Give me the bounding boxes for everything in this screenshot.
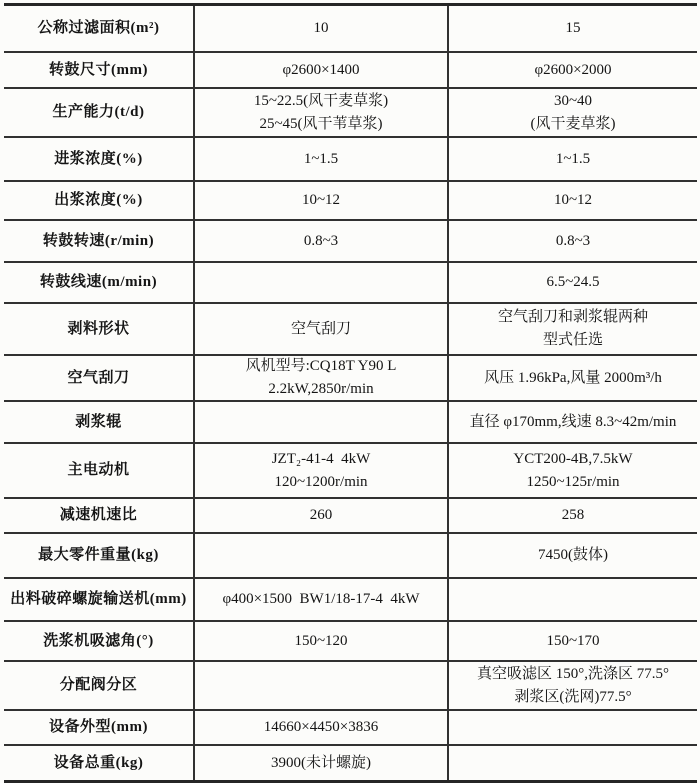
cell-model-10: 空气刮刀 bbox=[193, 304, 447, 354]
cell-value-line: 1~1.5 bbox=[304, 148, 338, 171]
cell-model-10: 14660×4450×3836 bbox=[193, 711, 447, 744]
row-label-cell: 减速机速比 bbox=[4, 499, 193, 532]
row-label-cell: 主电动机 bbox=[4, 444, 193, 497]
cell-model-10: 260 bbox=[193, 499, 447, 532]
cell-value-line: 风压 1.96kPa,风量 2000m³/h bbox=[484, 367, 662, 390]
row-label-text: 分配阀分区 bbox=[60, 674, 138, 697]
cell-model-15 bbox=[447, 746, 697, 780]
row-label-cell: 出料破碎螺旋输送机(mm) bbox=[4, 579, 193, 620]
row-label-cell: 转鼓尺寸(mm) bbox=[4, 53, 193, 87]
cell-model-10: 3900(未计螺旋) bbox=[193, 746, 447, 780]
cell-value-line: 10~12 bbox=[302, 189, 340, 212]
cell-value-line: 0.8~3 bbox=[556, 230, 590, 253]
table-row: 洗浆机吸滤角(°)150~120150~170 bbox=[4, 620, 697, 660]
row-label-text: 减速机速比 bbox=[60, 504, 138, 527]
row-label-cell: 剥料形状 bbox=[4, 304, 193, 354]
spec-table: 公称过滤面积(m²)1015转鼓尺寸(mm)φ2600×1400φ2600×20… bbox=[4, 3, 697, 783]
cell-value-line: 120~1200r/min bbox=[274, 471, 367, 494]
row-label-text: 空气刮刀 bbox=[67, 367, 129, 390]
row-label-cell: 出浆浓度(%) bbox=[4, 182, 193, 219]
row-label-text: 转鼓线速(m/min) bbox=[40, 271, 157, 294]
cell-value-line: 风机型号:CQ18T Y90 L bbox=[246, 356, 397, 378]
cell-model-10 bbox=[193, 662, 447, 709]
cell-value-line: 6.5~24.5 bbox=[546, 271, 599, 294]
table-row: 进浆浓度(%)1~1.51~1.5 bbox=[4, 136, 697, 180]
table-row: 转鼓转速(r/min)0.8~30.8~3 bbox=[4, 219, 697, 261]
table-row: 减速机速比260258 bbox=[4, 497, 697, 532]
cell-model-10 bbox=[193, 402, 447, 442]
row-label-cell: 最大零件重量(kg) bbox=[4, 534, 193, 577]
table-row: 生产能力(t/d)15~22.5(风干麦草浆)25~45(风干苇草浆)30~40… bbox=[4, 87, 697, 136]
cell-value-line: 3900(未计螺旋) bbox=[271, 752, 371, 775]
cell-value-line: 150~170 bbox=[546, 630, 599, 653]
cell-value-line: YCT200-4B,7.5kW bbox=[513, 448, 632, 471]
cell-model-15 bbox=[447, 579, 697, 620]
cell-value-line: 25~45(风干苇草浆) bbox=[259, 113, 382, 136]
row-label-cell: 生产能力(t/d) bbox=[4, 89, 193, 136]
row-label-cell: 公称过滤面积(m²) bbox=[4, 6, 193, 51]
cell-model-15: 150~170 bbox=[447, 622, 697, 660]
row-label-cell: 剥浆辊 bbox=[4, 402, 193, 442]
table-row: 公称过滤面积(m²)1015 bbox=[4, 6, 697, 51]
cell-model-15: φ2600×2000 bbox=[447, 53, 697, 87]
cell-value-line: 空气刮刀和剥浆辊两种 bbox=[498, 306, 648, 329]
cell-value-line: 2.2kW,2850r/min bbox=[268, 378, 373, 400]
row-label-text: 最大零件重量(kg) bbox=[38, 544, 159, 567]
cell-model-15: 真空吸滤区 150°,洗涤区 77.5°剥浆区(洗网)77.5° bbox=[447, 662, 697, 709]
cell-model-15: 0.8~3 bbox=[447, 221, 697, 261]
row-label-cell: 分配阀分区 bbox=[4, 662, 193, 709]
cell-model-10: 风机型号:CQ18T Y90 L2.2kW,2850r/min bbox=[193, 356, 447, 400]
cell-value-line: 型式任选 bbox=[543, 329, 603, 352]
row-label-cell: 进浆浓度(%) bbox=[4, 138, 193, 180]
row-label-cell: 转鼓线速(m/min) bbox=[4, 263, 193, 302]
cell-value-line: φ2600×1400 bbox=[282, 59, 359, 82]
table-row: 空气刮刀风机型号:CQ18T Y90 L2.2kW,2850r/min风压 1.… bbox=[4, 354, 697, 400]
cell-model-10: JZT₂-41-4 4kW120~1200r/min bbox=[193, 444, 447, 497]
cell-model-15: 258 bbox=[447, 499, 697, 532]
row-label-text: 出料破碎螺旋输送机(mm) bbox=[10, 588, 186, 611]
row-label-text: 剥料形状 bbox=[67, 318, 129, 341]
row-label-text: 出浆浓度(%) bbox=[54, 189, 143, 212]
cell-value-line: 14660×4450×3836 bbox=[264, 716, 378, 739]
cell-model-10: 150~120 bbox=[193, 622, 447, 660]
cell-value-line: 15 bbox=[566, 17, 581, 40]
table-row: 主电动机JZT₂-41-4 4kW120~1200r/minYCT200-4B,… bbox=[4, 442, 697, 497]
cell-value-line: 258 bbox=[562, 504, 585, 527]
row-label-text: 转鼓转速(r/min) bbox=[43, 230, 154, 253]
row-label-text: 主电动机 bbox=[67, 459, 129, 482]
cell-value-line: JZT₂-41-4 4kW bbox=[272, 448, 371, 471]
cell-model-10: 15~22.5(风干麦草浆)25~45(风干苇草浆) bbox=[193, 89, 447, 136]
table-row: 设备外型(mm)14660×4450×3836 bbox=[4, 709, 697, 744]
table-row: 出料破碎螺旋输送机(mm)φ400×1500 BW1/18-17-4 4kW bbox=[4, 577, 697, 620]
row-label-text: 生产能力(t/d) bbox=[53, 101, 145, 124]
cell-model-15: 10~12 bbox=[447, 182, 697, 219]
cell-model-10: 0.8~3 bbox=[193, 221, 447, 261]
cell-value-line: 30~40 bbox=[554, 90, 592, 113]
table-row: 分配阀分区真空吸滤区 150°,洗涤区 77.5°剥浆区(洗网)77.5° bbox=[4, 660, 697, 709]
cell-value-line: 260 bbox=[310, 504, 333, 527]
cell-value-line: 150~120 bbox=[294, 630, 347, 653]
cell-model-10 bbox=[193, 263, 447, 302]
cell-model-10: 10 bbox=[193, 6, 447, 51]
cell-model-10 bbox=[193, 534, 447, 577]
table-row: 转鼓线速(m/min)6.5~24.5 bbox=[4, 261, 697, 302]
row-label-text: 公称过滤面积(m²) bbox=[38, 17, 160, 40]
cell-model-10: φ400×1500 BW1/18-17-4 4kW bbox=[193, 579, 447, 620]
cell-model-15: 7450(鼓体) bbox=[447, 534, 697, 577]
cell-model-15 bbox=[447, 711, 697, 744]
cell-value-line: 7450(鼓体) bbox=[538, 544, 608, 567]
cell-value-line: φ2600×2000 bbox=[534, 59, 611, 82]
table-row: 最大零件重量(kg)7450(鼓体) bbox=[4, 532, 697, 577]
table-row: 剥浆辊直径 φ170mm,线速 8.3~42m/min bbox=[4, 400, 697, 442]
cell-model-15: 6.5~24.5 bbox=[447, 263, 697, 302]
cell-model-10: φ2600×1400 bbox=[193, 53, 447, 87]
row-label-cell: 设备总重(kg) bbox=[4, 746, 193, 780]
cell-model-10: 10~12 bbox=[193, 182, 447, 219]
cell-value-line: 15~22.5(风干麦草浆) bbox=[254, 90, 388, 113]
cell-model-15: 空气刮刀和剥浆辊两种型式任选 bbox=[447, 304, 697, 354]
cell-model-15: 1~1.5 bbox=[447, 138, 697, 180]
cell-model-15: 直径 φ170mm,线速 8.3~42m/min bbox=[447, 402, 697, 442]
cell-value-line: 真空吸滤区 150°,洗涤区 77.5° bbox=[477, 663, 669, 686]
row-label-cell: 洗浆机吸滤角(°) bbox=[4, 622, 193, 660]
row-label-cell: 转鼓转速(r/min) bbox=[4, 221, 193, 261]
cell-value-line: 1~1.5 bbox=[556, 148, 590, 171]
table-row: 设备总重(kg)3900(未计螺旋) bbox=[4, 744, 697, 780]
cell-model-10: 1~1.5 bbox=[193, 138, 447, 180]
cell-value-line: φ400×1500 BW1/18-17-4 4kW bbox=[222, 588, 419, 611]
row-label-text: 转鼓尺寸(mm) bbox=[49, 59, 148, 82]
cell-value-line: 直径 φ170mm,线速 8.3~42m/min bbox=[470, 411, 677, 434]
row-label-text: 设备外型(mm) bbox=[49, 716, 148, 739]
cell-value-line: 1250~125r/min bbox=[526, 471, 619, 494]
cell-model-15: YCT200-4B,7.5kW1250~125r/min bbox=[447, 444, 697, 497]
row-label-cell: 设备外型(mm) bbox=[4, 711, 193, 744]
cell-model-15: 15 bbox=[447, 6, 697, 51]
cell-value-line: 10~12 bbox=[554, 189, 592, 212]
row-label-cell: 空气刮刀 bbox=[4, 356, 193, 400]
row-label-text: 进浆浓度(%) bbox=[54, 148, 143, 171]
cell-value-line: 空气刮刀 bbox=[291, 318, 351, 341]
cell-value-line: (风干麦草浆) bbox=[531, 113, 616, 136]
table-row: 剥料形状空气刮刀空气刮刀和剥浆辊两种型式任选 bbox=[4, 302, 697, 354]
row-label-text: 设备总重(kg) bbox=[54, 752, 144, 775]
row-label-text: 剥浆辊 bbox=[75, 411, 122, 434]
row-label-text: 洗浆机吸滤角(°) bbox=[43, 630, 154, 653]
cell-value-line: 0.8~3 bbox=[304, 230, 338, 253]
cell-model-15: 风压 1.96kPa,风量 2000m³/h bbox=[447, 356, 697, 400]
table-row: 出浆浓度(%)10~1210~12 bbox=[4, 180, 697, 219]
cell-value-line: 剥浆区(洗网)77.5° bbox=[514, 686, 631, 709]
cell-value-line: 10 bbox=[314, 17, 329, 40]
table-row: 转鼓尺寸(mm)φ2600×1400φ2600×2000 bbox=[4, 51, 697, 87]
cell-model-15: 30~40(风干麦草浆) bbox=[447, 89, 697, 136]
